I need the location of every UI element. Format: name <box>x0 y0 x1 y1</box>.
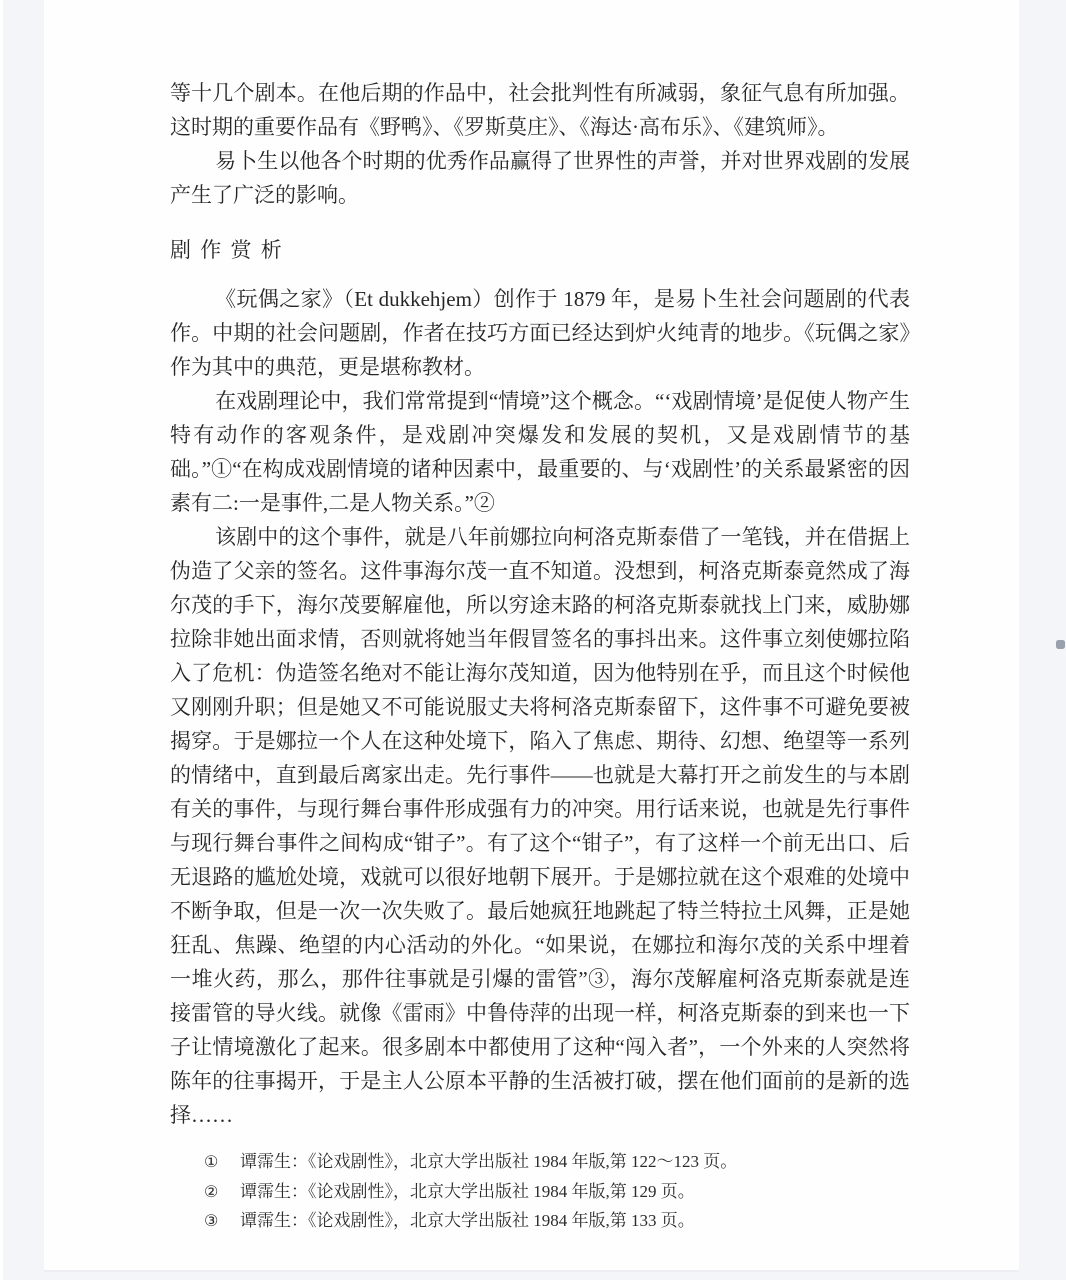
footnote: ③ 谭霈生：《论戏剧性》，北京大学出版社 1984 年版,第 133 页。 <box>204 1207 824 1237</box>
footnote-text: 谭霈生：《论戏剧性》，北京大学出版社 1984 年版,第 133 页。 <box>240 1207 824 1236</box>
page-bottom-edge <box>44 1270 1019 1272</box>
left-edge-sliver <box>0 0 3 1280</box>
page-text-block: 等十几个剧本。在他后期的作品中，社会批判性有所减弱，象征气息有所加强。这时期的重… <box>170 76 910 1132</box>
paragraph-continuation: 等十几个剧本。在他后期的作品中，社会批判性有所减弱，象征气息有所加强。这时期的重… <box>170 76 910 144</box>
footnotes-block: ① 谭霈生：《论戏剧性》，北京大学出版社 1984 年版,第 122～123 页… <box>204 1148 824 1237</box>
section-heading: 剧 作 赏 析 <box>170 233 910 267</box>
footnote-text: 谭霈生：《论戏剧性》，北京大学出版社 1984 年版,第 122～123 页。 <box>240 1148 824 1177</box>
paragraph: 在戏剧理论中，我们常常提到“情境”这个概念。“‘戏剧情境’是促使人物产生特有动作… <box>170 384 910 520</box>
paragraph: 易卜生以他各个时期的优秀作品赢得了世界性的声誉，并对世界戏剧的发展产生了广泛的影… <box>170 144 910 212</box>
footnote-marker: ② <box>204 1179 240 1208</box>
document-page: 等十几个剧本。在他后期的作品中，社会批判性有所减弱，象征气息有所加强。这时期的重… <box>44 0 1019 1272</box>
footnote-marker: ③ <box>204 1208 240 1237</box>
paragraph: 《玩偶之家》（Et dukkehjem）创作于 1879 年，是易卜生社会问题剧… <box>170 282 910 384</box>
document-viewer: 等十几个剧本。在他后期的作品中，社会批判性有所减弱，象征气息有所加强。这时期的重… <box>0 0 1066 1280</box>
scrollbar-thumb[interactable] <box>1056 640 1065 649</box>
footnote-marker: ① <box>204 1149 240 1178</box>
footnote: ① 谭霈生：《论戏剧性》，北京大学出版社 1984 年版,第 122～123 页… <box>204 1148 824 1178</box>
footnote-text: 谭霈生：《论戏剧性》，北京大学出版社 1984 年版,第 129 页。 <box>240 1178 824 1207</box>
footnote: ② 谭霈生：《论戏剧性》，北京大学出版社 1984 年版,第 129 页。 <box>204 1178 824 1208</box>
paragraph: 该剧中的这个事件，就是八年前娜拉向柯洛克斯泰借了一笔钱，并在借据上伪造了父亲的签… <box>170 520 910 1132</box>
